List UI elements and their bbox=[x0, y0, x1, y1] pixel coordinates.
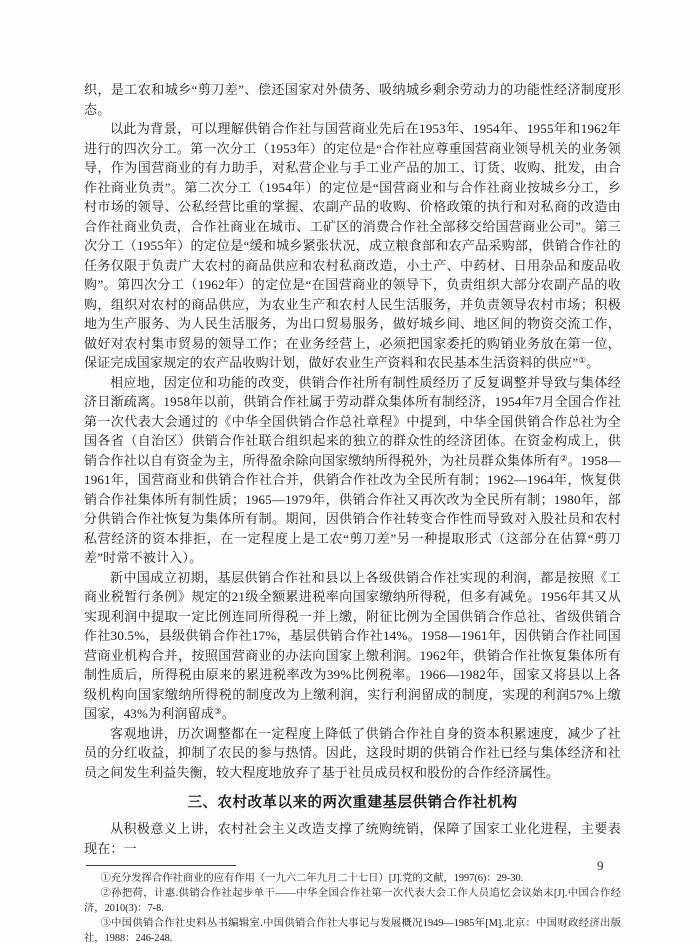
footnote-1: ①充分发挥合作社商业的应有作用（一九六二年九月二十七日）[J].党的文献，199… bbox=[84, 871, 621, 886]
paragraph-text: 新中国成立初期，基层供销合作社和县以上各级供销合作社实现的利润，都是按照《工商业… bbox=[84, 570, 621, 722]
footnote-ref-2: ② bbox=[560, 453, 568, 463]
paragraph-tax-profit: 新中国成立初期，基层供销合作社和县以上各级供销合作社实现的利润，都是按照《工商业… bbox=[84, 568, 621, 724]
paragraph-assessment: 客观地讲，历次调整都在一定程度上降低了供销合作社自身的资本积累速度，减少了社员的… bbox=[84, 724, 621, 783]
paragraph-continuation: 织，是工农和城乡“剪刀差”、偿还国家对外债务、吸纳城乡剩余劳动力的功能性经济制度… bbox=[84, 80, 621, 119]
footnote-ref-3: ③ bbox=[214, 706, 222, 716]
paragraph-ownership-changes: 相应地，因定位和功能的改变，供销合作社所有制性质经历了反复调整并导致与集体经济日… bbox=[84, 373, 621, 568]
paragraph-text: 相应地，因定位和功能的改变，供销合作社所有制性质经历了反复调整并导致与集体经济日… bbox=[84, 375, 621, 468]
paragraph-text: 。 bbox=[586, 355, 599, 370]
paragraph-text: 以此为背景，可以理解供销合作社与国营商业先后在1953年、1954年、1955年… bbox=[84, 121, 621, 370]
footnotes: ①充分发挥合作社商业的应有作用（一九六二年九月二十七日）[J].党的文献，199… bbox=[84, 871, 621, 943]
article-body: 织，是工农和城乡“剪刀差”、偿还国家对外债务、吸纳城乡剩余劳动力的功能性经济制度… bbox=[84, 80, 621, 943]
section-heading: 三、农村改革以来的两次重建基层供销合作社机构 bbox=[84, 791, 621, 812]
paragraph-text: 。 bbox=[222, 706, 235, 721]
footnote-separator bbox=[86, 865, 236, 866]
paragraph-text: 。1958—1961年，国营商业和供销合作社合并，供销合作社改为全民所有制；19… bbox=[84, 453, 621, 566]
document-page: 织，是工农和城乡“剪刀差”、偿还国家对外债务、吸纳城乡剩余劳动力的功能性经济制度… bbox=[0, 0, 700, 943]
footnote-2: ②孙把荷，计惠.供销合作社起步单干——中华全国合作社第一次代表大会工作人员追忆会… bbox=[84, 886, 621, 916]
page-number: 9 bbox=[597, 858, 604, 874]
paragraph-section-opening: 从积极意义上讲，农村社会主义改造支撑了统购统销，保障了国家工业化进程，主要表现在… bbox=[84, 819, 621, 858]
footnote-3: ③中国供销合作社史料丛书编辑室.中国供销合作社大事记与发展概况1949—1985… bbox=[84, 916, 621, 943]
paragraph-four-divisions: 以此为背景，可以理解供销合作社与国营商业先后在1953年、1954年、1955年… bbox=[84, 119, 621, 373]
